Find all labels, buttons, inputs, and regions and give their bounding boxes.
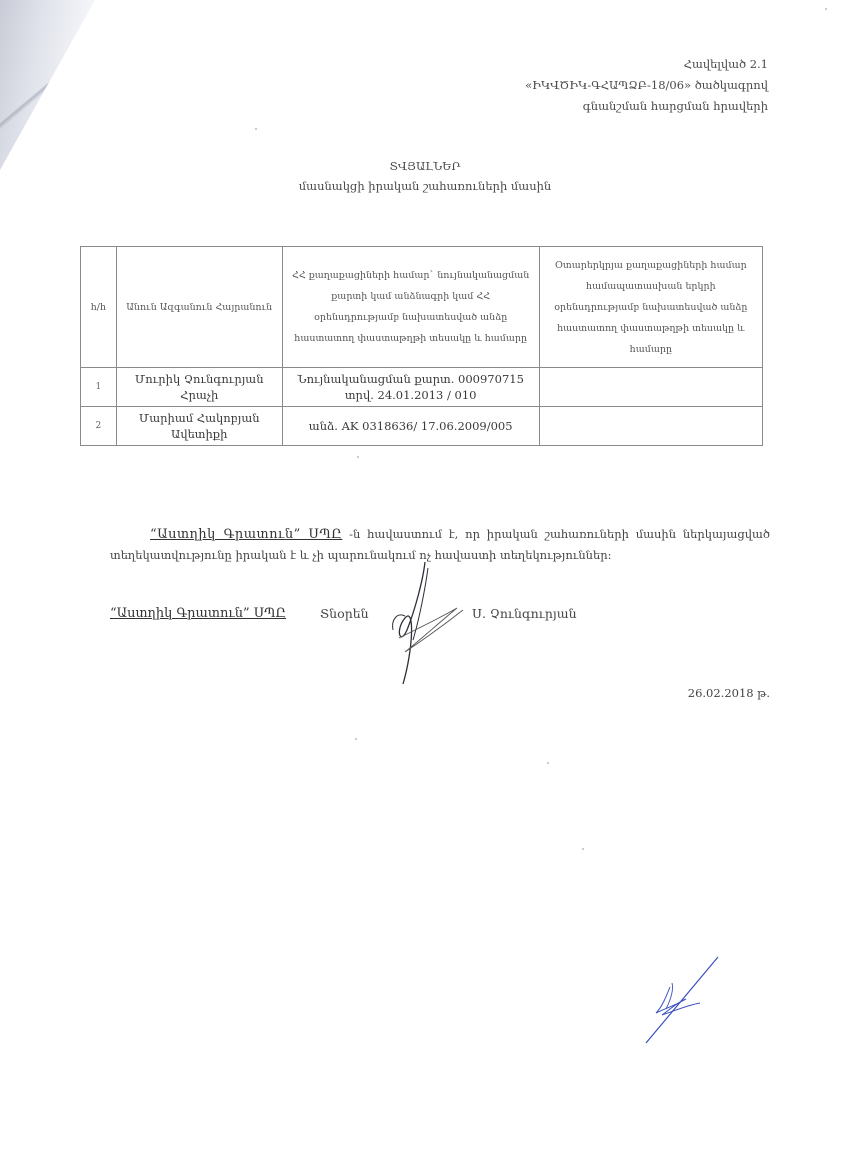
- header-foreign-document: Օտարերկրյա քաղաքացիների համար համապատասխ…: [539, 247, 762, 368]
- document-title: ՏՎՅԱԼՆԵՐ մասնակցի իրական շահառուների մաս…: [0, 156, 850, 196]
- row-document: անձ. AK 0318636/ 17.06.2009/005: [282, 407, 539, 446]
- document-issue: տրվ. 24.01.2013 / 010: [289, 387, 533, 403]
- scan-speck: [357, 456, 359, 458]
- header-number: հ/հ: [81, 247, 117, 368]
- table-row: 2 Մարիամ Հակոբյան Ավետիքի անձ. AK 031863…: [81, 407, 763, 446]
- row-foreign-document: [539, 407, 762, 446]
- table-row: 1 Մուրիկ Չունգուրյան Հրաչի Նույնականացմա…: [81, 368, 763, 407]
- title-subtitle: մասնակցի իրական շահառուների մասին: [0, 176, 850, 196]
- procurement-code: «ԻԿՎԾԻԿ-ԳՀԱՊՁԲ-18/06» ծածկագրով: [525, 75, 768, 96]
- folded-corner-edge: [0, 0, 95, 170]
- scan-speck: [825, 8, 827, 10]
- appendix-reference: Հավելված 2.1 «ԻԿՎԾԻԿ-ԳՀԱՊՁԲ-18/06» ծածկա…: [525, 54, 768, 117]
- row-foreign-document: [539, 368, 762, 407]
- scan-speck: [547, 762, 549, 764]
- row-full-name: Մարիամ Հակոբյան Ավետիքի: [116, 407, 282, 446]
- header-full-name: Անուն Ազգանուն Հայրանուն: [116, 247, 282, 368]
- row-number: 2: [81, 407, 117, 446]
- document-date: 26.02.2018 թ.: [688, 686, 770, 700]
- document-id: Նույնականացման քարտ. 000970715: [289, 371, 533, 387]
- invitation-reference: գնանշման հարցման հրավերի: [525, 96, 768, 117]
- blue-signature: [640, 955, 720, 1045]
- header-armenian-document: ՀՀ քաղաքացիների համար` նույնականացման քա…: [282, 247, 539, 368]
- signatory-name: Ս. Չունգուրյան: [472, 606, 577, 621]
- scan-speck: [255, 128, 257, 130]
- scan-speck: [355, 738, 357, 740]
- scan-speck: [582, 848, 584, 850]
- title-main: ՏՎՅԱԼՆԵՐ: [0, 156, 850, 176]
- table-header-row: հ/հ Անուն Ազգանուն Հայրանուն ՀՀ քաղաքացի…: [81, 247, 763, 368]
- signatory-company: “Աստղիկ Գրատուն” ՍՊԸ: [110, 606, 286, 621]
- appendix-number: Հավելված 2.1: [525, 54, 768, 75]
- document-id: անձ. AK 0318636/ 17.06.2009/005: [289, 418, 533, 434]
- row-document: Նույնականացման քարտ. 000970715 տրվ. 24.0…: [282, 368, 539, 407]
- beneficiaries-table: հ/հ Անուն Ազգանուն Հայրանուն ՀՀ քաղաքացի…: [80, 246, 763, 446]
- director-signature: [385, 560, 475, 685]
- statement-company: “Աստղիկ Գրատուն” ՍՊԸ: [150, 527, 342, 542]
- row-number: 1: [81, 368, 117, 407]
- signatory-role: Տնօրեն: [320, 606, 369, 621]
- row-full-name: Մուրիկ Չունգուրյան Հրաչի: [116, 368, 282, 407]
